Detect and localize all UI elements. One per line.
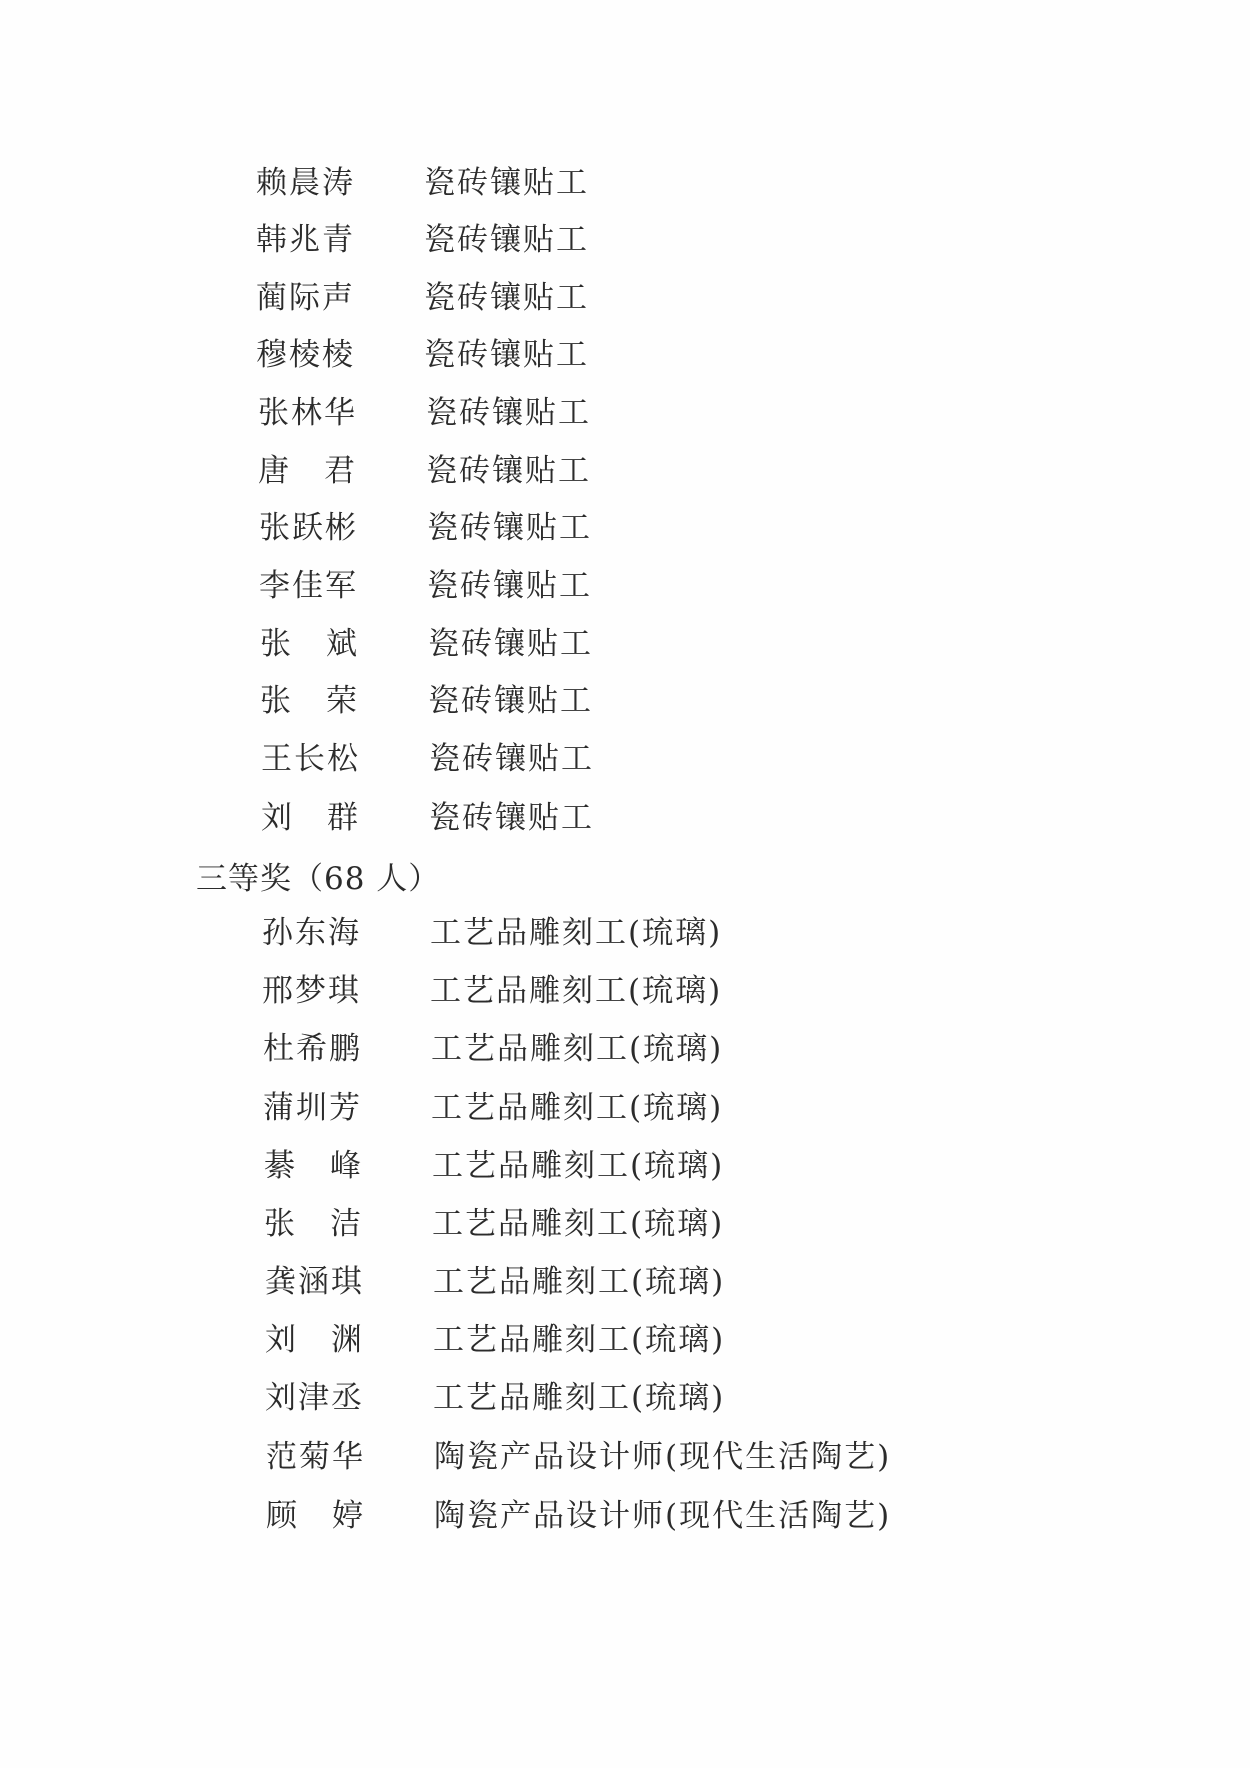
awardee-occupation: 瓷砖镶贴工	[427, 571, 592, 602]
awardee-name: 刘 群	[261, 803, 429, 834]
awardee-name: 杜希鹏	[263, 1034, 431, 1065]
awardee-name: 赖晨涛	[256, 168, 424, 199]
awardee-occupation: 工艺品雕刻工(琉璃)	[430, 976, 722, 1007]
list-item: 张林华 瓷砖镶贴工	[258, 388, 591, 438]
awardee-name: 张 洁	[264, 1209, 432, 1240]
awardee-name: 蔺际声	[256, 283, 424, 314]
list-item: 李佳军 瓷砖镶贴工	[259, 561, 592, 611]
awardee-occupation: 工艺品雕刻工(琉璃)	[431, 1093, 723, 1124]
awardee-name: 李佳军	[259, 571, 427, 602]
awardee-name: 张 斌	[260, 629, 428, 660]
awardee-name: 唐 君	[258, 456, 426, 487]
awardee-occupation: 瓷砖镶贴工	[429, 744, 594, 775]
list-item: 张 洁 工艺品雕刻工(琉璃)	[264, 1199, 724, 1249]
awardee-occupation: 陶瓷产品设计师(现代生活陶艺)	[434, 1501, 891, 1532]
awardee-occupation: 工艺品雕刻工(琉璃)	[433, 1325, 725, 1356]
awardee-occupation: 瓷砖镶贴工	[427, 513, 592, 544]
awardee-occupation: 瓷砖镶贴工	[424, 283, 589, 314]
awardee-name: 龚涵琪	[265, 1267, 433, 1298]
list-item: 蔺际声 瓷砖镶贴工	[256, 273, 589, 323]
list-item: 张 斌 瓷砖镶贴工	[260, 619, 593, 669]
awardee-name: 邢梦琪	[262, 976, 430, 1007]
awardee-name: 张林华	[258, 398, 426, 429]
list-item: 张跃彬 瓷砖镶贴工	[259, 503, 592, 553]
awardee-name: 王长松	[261, 744, 429, 775]
list-item: 穆棱棱 瓷砖镶贴工	[256, 330, 589, 380]
awardee-occupation: 瓷砖镶贴工	[428, 629, 593, 660]
list-item: 孙东海 工艺品雕刻工(琉璃)	[262, 908, 722, 958]
list-item: 刘津丞 工艺品雕刻工(琉璃)	[265, 1373, 725, 1423]
awardee-occupation: 瓷砖镶贴工	[426, 398, 591, 429]
list-item: 綦 峰 工艺品雕刻工(琉璃)	[264, 1141, 724, 1191]
awardee-occupation: 瓷砖镶贴工	[428, 686, 593, 717]
list-item: 张 荣 瓷砖镶贴工	[260, 676, 593, 726]
awardee-name: 韩兆青	[256, 225, 424, 256]
awardee-occupation: 瓷砖镶贴工	[424, 225, 589, 256]
list-item: 唐 君 瓷砖镶贴工	[258, 446, 591, 496]
awardee-occupation: 工艺品雕刻工(琉璃)	[433, 1383, 725, 1414]
awardee-occupation: 瓷砖镶贴工	[424, 340, 589, 371]
awardee-occupation: 工艺品雕刻工(琉璃)	[432, 1209, 724, 1240]
list-item: 赖晨涛 瓷砖镶贴工	[256, 158, 589, 208]
document-page: 赖晨涛 瓷砖镶贴工 韩兆青 瓷砖镶贴工 蔺际声 瓷砖镶贴工 穆棱棱 瓷砖镶贴工 …	[0, 0, 1250, 1768]
awardee-name: 张跃彬	[259, 513, 427, 544]
awardee-name: 蒲圳芳	[263, 1093, 431, 1124]
list-item: 邢梦琪 工艺品雕刻工(琉璃)	[262, 966, 722, 1016]
list-item: 刘 群 瓷砖镶贴工	[261, 793, 594, 843]
list-item: 顾 婷 陶瓷产品设计师(现代生活陶艺)	[266, 1491, 891, 1541]
list-item: 范菊华 陶瓷产品设计师(现代生活陶艺)	[266, 1432, 891, 1482]
list-item: 刘 渊 工艺品雕刻工(琉璃)	[265, 1315, 725, 1365]
awardee-occupation: 工艺品雕刻工(琉璃)	[433, 1267, 725, 1298]
awardee-occupation: 瓷砖镶贴工	[429, 803, 594, 834]
awardee-name: 綦 峰	[264, 1151, 432, 1182]
awardee-occupation: 工艺品雕刻工(琉璃)	[430, 918, 722, 949]
list-item: 韩兆青 瓷砖镶贴工	[256, 215, 589, 265]
awardee-occupation: 工艺品雕刻工(琉璃)	[432, 1151, 724, 1182]
list-item: 龚涵琪 工艺品雕刻工(琉璃)	[265, 1257, 725, 1307]
awardee-name: 顾 婷	[266, 1501, 434, 1532]
awardee-occupation: 工艺品雕刻工(琉璃)	[431, 1034, 723, 1065]
awardee-occupation: 陶瓷产品设计师(现代生活陶艺)	[434, 1442, 891, 1473]
awardee-occupation: 瓷砖镶贴工	[424, 168, 589, 199]
awardee-name: 范菊华	[266, 1442, 434, 1473]
awardee-name: 孙东海	[262, 918, 430, 949]
section-heading: 三等奖（68 人）	[196, 850, 440, 900]
list-item: 蒲圳芳 工艺品雕刻工(琉璃)	[263, 1083, 723, 1133]
list-item: 王长松 瓷砖镶贴工	[261, 734, 594, 784]
awardee-name: 穆棱棱	[256, 340, 424, 371]
awardee-name: 张 荣	[260, 686, 428, 717]
awardee-occupation: 瓷砖镶贴工	[426, 456, 591, 487]
list-item: 杜希鹏 工艺品雕刻工(琉璃)	[263, 1024, 723, 1074]
awardee-name: 刘 渊	[265, 1325, 433, 1356]
awardee-name: 刘津丞	[265, 1383, 433, 1414]
